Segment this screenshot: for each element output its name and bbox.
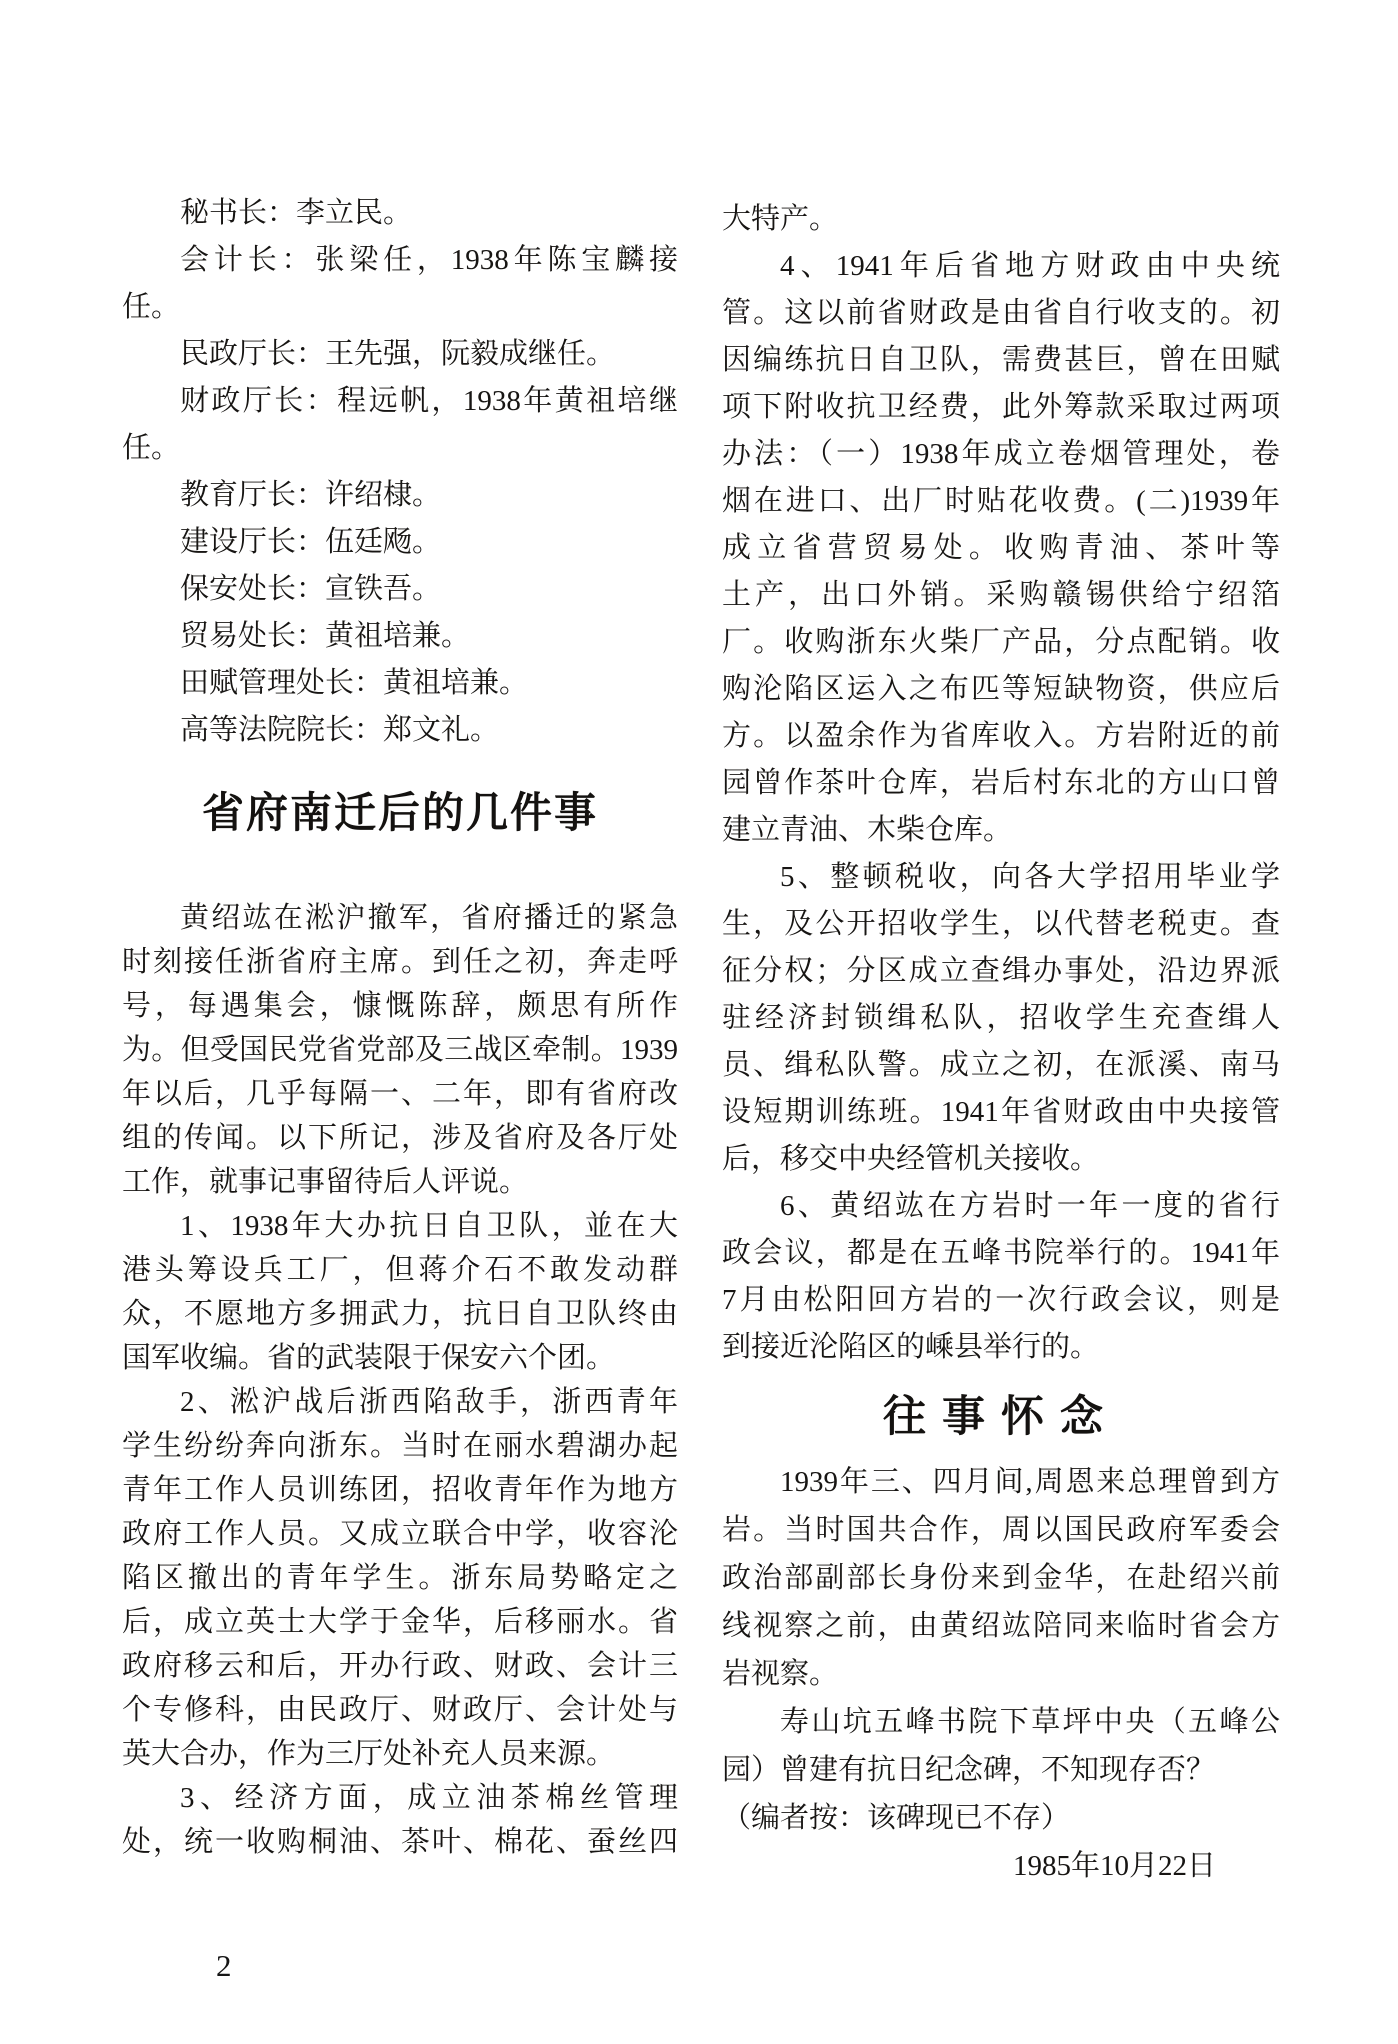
text-line: 处，统一收购桐油、茶叶、棉花、蚕丝四 <box>122 1820 678 1864</box>
text-line: 厂。收购浙东火柴厂产品，分点配销。收 <box>722 619 1280 666</box>
text-line: 1、1938年大办抗日自卫队，並在大 <box>122 1204 678 1248</box>
text-line: 园曾作茶叶仓库，岩后村东北的方山口曾 <box>722 760 1280 807</box>
text-line: 烟在进口、出厂时贴花收费。(二)1939年 <box>722 478 1280 525</box>
text-line: 大特产。 <box>722 196 1280 243</box>
text-line: 民政厅长：王先强，阮毅成继任。 <box>122 331 678 378</box>
text-line: 设短期训练班。1941年省财政由中央接管 <box>722 1089 1280 1136</box>
text-line: 方。以盈余作为省库收入。方岩附近的前 <box>722 713 1280 760</box>
text-line: 青年工作人员训练团，招收青年作为地方 <box>122 1468 678 1512</box>
right-column-closing-text: 1939年三、四月间,周恩来总理曾到方岩。当时国共合作，周以国民政府军委会政治部… <box>722 1458 1280 1890</box>
text-line: 学生纷纷奔向浙东。当时在丽水碧湖办起 <box>122 1424 678 1468</box>
text-line: 教育厅长：许绍棣。 <box>122 472 678 519</box>
text-line: 线视察之前，由黄绍竑陪同来临时省会方 <box>722 1602 1280 1650</box>
text-line: 财政厅长：程远帆，1938年黄祖培继 <box>122 378 678 425</box>
text-line: 后，移交中央经管机关接收。 <box>722 1136 1280 1183</box>
text-line: 年以后，几乎每隔一、二年，即有省府改 <box>122 1072 678 1116</box>
text-line: 为。但受国民党省党部及三战区牵制。1939 <box>122 1028 678 1072</box>
text-line: 港头筹设兵工厂，但蒋介石不敢发动群 <box>122 1248 678 1292</box>
text-line: 员、缉私队警。成立之初，在派溪、南马 <box>722 1042 1280 1089</box>
section-heading-provincial-government-moves-south: 省府南迁后的几件事 <box>122 786 678 842</box>
text-line: 政府工作人员。又成立联合中学，收容沦 <box>122 1512 678 1556</box>
text-line: 政府移云和后，开办行政、财政、会计三 <box>122 1644 678 1688</box>
text-line: 3、经济方面，成立油茶棉丝管理 <box>122 1776 678 1820</box>
text-line: 建立青油、木柴仓库。 <box>722 807 1280 854</box>
text-line: 田赋管理处长：黄祖培兼。 <box>122 660 678 707</box>
scan-page: 秘书长：李立民。会计长：张梁任，1938年陈宝麟接任。民政厅长：王先强，阮毅成继… <box>0 0 1398 2044</box>
text-line: 会计长：张梁任，1938年陈宝麟接 <box>122 237 678 284</box>
left-column-body-text: 黄绍竑在淞沪撤军，省府播迁的紧急时刻接任浙省府主席。到任之初，奔走呼号，每遇集会… <box>122 896 678 1864</box>
text-line: 建设厅长：伍廷飏。 <box>122 519 678 566</box>
text-line: 后，成立英士大学于金华，后移丽水。省 <box>122 1600 678 1644</box>
text-line: 任。 <box>122 425 678 472</box>
text-line: 保安处长：宣铁吾。 <box>122 566 678 613</box>
text-line: 政会议，都是在五峰书院举行的。1941年 <box>722 1230 1280 1277</box>
text-line: 征分权；分区成立查缉办事处，沿边界派 <box>722 948 1280 995</box>
text-line: 高等法院院长：郑文礼。 <box>122 707 678 754</box>
text-line: 号，每遇集会，慷慨陈辞，颇思有所作 <box>122 984 678 1028</box>
text-line: 1985年10月22日 <box>722 1842 1280 1890</box>
text-line: 6、黄绍竑在方岩时一年一度的省行 <box>722 1183 1280 1230</box>
text-line: 因编练抗日自卫队，需费甚巨，曾在田赋 <box>722 337 1280 384</box>
text-line: 7月由松阳回方岩的一次行政会议，则是 <box>722 1277 1280 1324</box>
text-line: 组的传闻。以下所记，涉及省府及各厅处 <box>122 1116 678 1160</box>
text-line: 岩。当时国共合作，周以国民政府军委会 <box>722 1506 1280 1554</box>
text-line: 英大合办，作为三厅处补充人员来源。 <box>122 1732 678 1776</box>
text-line: 个专修科，由民政厅、财政厅、会计处与 <box>122 1688 678 1732</box>
text-line: 国军收编。省的武装限于保安六个团。 <box>122 1336 678 1380</box>
text-line: 陷区撤出的青年学生。浙东局势略定之 <box>122 1556 678 1600</box>
text-line: 黄绍竑在淞沪撤军，省府播迁的紧急 <box>122 896 678 940</box>
text-line: 时刻接任浙省府主席。到任之初，奔走呼 <box>122 940 678 984</box>
text-line: 寿山坑五峰书院下草坪中央（五峰公 <box>722 1698 1280 1746</box>
text-line: 工作，就事记事留待后人评说。 <box>122 1160 678 1204</box>
text-line: 驻经济封锁缉私队，招收学生充查缉人 <box>722 995 1280 1042</box>
text-line: 成立省营贸易处。收购青油、茶叶等 <box>722 525 1280 572</box>
text-line: （编者按：该碑现已不存） <box>722 1794 1280 1842</box>
left-column-appointments-list: 秘书长：李立民。会计长：张梁任，1938年陈宝麟接任。民政厅长：王先强，阮毅成继… <box>122 190 678 754</box>
text-line: 4、1941年后省地方财政由中央统 <box>722 243 1280 290</box>
section-heading-remembering-the-past: 往事怀念 <box>722 1390 1280 1446</box>
text-line: 生，及公开招收学生，以代替老税吏。查 <box>722 901 1280 948</box>
text-line: 1939年三、四月间,周恩来总理曾到方 <box>722 1458 1280 1506</box>
text-line: 任。 <box>122 284 678 331</box>
text-line: 岩视察。 <box>722 1650 1280 1698</box>
text-line: 秘书长：李立民。 <box>122 190 678 237</box>
text-line: 贸易处长：黄祖培兼。 <box>122 613 678 660</box>
right-column-body-text: 大特产。4、1941年后省地方财政由中央统管。这以前省财政是由省自行收支的。初因… <box>722 196 1280 1371</box>
text-line: 购沦陷区运入之布匹等短缺物资，供应后 <box>722 666 1280 713</box>
text-line: 众，不愿地方多拥武力，抗日自卫队终由 <box>122 1292 678 1336</box>
text-line: 园）曾建有抗日纪念碑，不知现存否？ <box>722 1746 1280 1794</box>
text-line: 管。这以前省财政是由省自行收支的。初 <box>722 290 1280 337</box>
text-line: 政治部副部长身份来到金华，在赴绍兴前 <box>722 1554 1280 1602</box>
text-line: 土产，出口外销。采购赣锡供给宁绍箔 <box>722 572 1280 619</box>
page-number: 2 <box>216 1946 232 1986</box>
text-line: 到接近沦陷区的嵊县举行的。 <box>722 1324 1280 1371</box>
text-line: 项下附收抗卫经费，此外筹款采取过两项 <box>722 384 1280 431</box>
text-line: 2、淞沪战后浙西陷敌手，浙西青年 <box>122 1380 678 1424</box>
text-line: 5、整顿税收，向各大学招用毕业学 <box>722 854 1280 901</box>
text-line: 办法：（一）1938年成立卷烟管理处，卷 <box>722 431 1280 478</box>
